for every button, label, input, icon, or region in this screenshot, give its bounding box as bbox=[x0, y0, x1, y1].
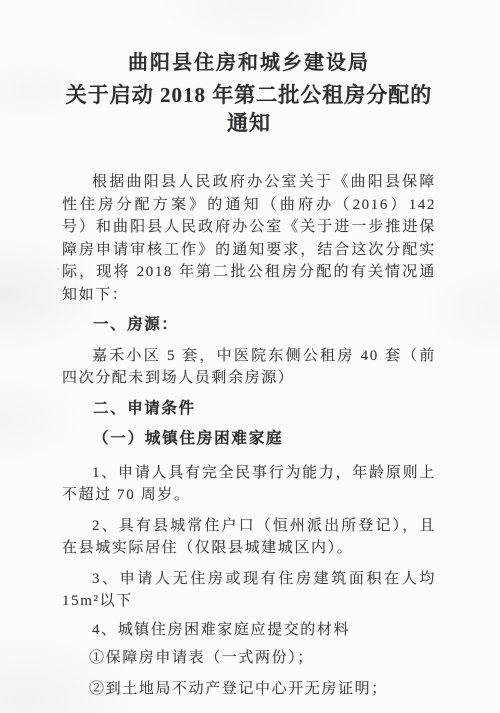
scan-speck bbox=[57, 268, 59, 270]
material-item-1: ①保障房申请表（一式两份）； bbox=[62, 647, 436, 670]
subsection-heading-urban-housing-difficulty-family: （一）城镇住房困难家庭 bbox=[62, 428, 436, 451]
document-title-org: 曲阳县住房和城乡建设局 bbox=[62, 50, 436, 76]
document-title-subject: 关于启动 2018 年第二批公租房分配的通知 bbox=[62, 81, 436, 137]
intro-paragraph: 根据曲阳县人民政府办公室关于《曲阳县保障性住房分配方案》的通知（曲府办（2016… bbox=[62, 171, 436, 306]
condition-item-4: 4、城镇住房困难家庭应提交的材料 bbox=[62, 619, 436, 642]
condition-item-2: 2、具有县城常住户口（恒州派出所登记），且在县城实际居住（仅限县城建城区内）。 bbox=[62, 515, 436, 560]
scanned-document-page: 曲阳县住房和城乡建设局 关于启动 2018 年第二批公租房分配的通知 根据曲阳县… bbox=[0, 0, 500, 713]
condition-item-3: 3、申请人无住房或现有住房建筑面积在人均 15m²以下 bbox=[62, 568, 436, 613]
material-item-2: ②到土地局不动产登记中心开无房证明； bbox=[62, 678, 436, 701]
housing-sources-paragraph: 嘉禾小区 5 套，中医院东侧公租房 40 套（前四次分配未到场人员剩余房源） bbox=[62, 345, 436, 390]
condition-item-1: 1、申请人具有完全民事行为能力，年龄原则上不超过 70 周岁。 bbox=[62, 462, 436, 507]
document-body: 曲阳县住房和城乡建设局 关于启动 2018 年第二批公租房分配的通知 根据曲阳县… bbox=[62, 50, 436, 708]
section-heading-application-conditions: 二、申请条件 bbox=[62, 398, 436, 421]
section-heading-housing-sources: 一、房源： bbox=[62, 314, 436, 337]
